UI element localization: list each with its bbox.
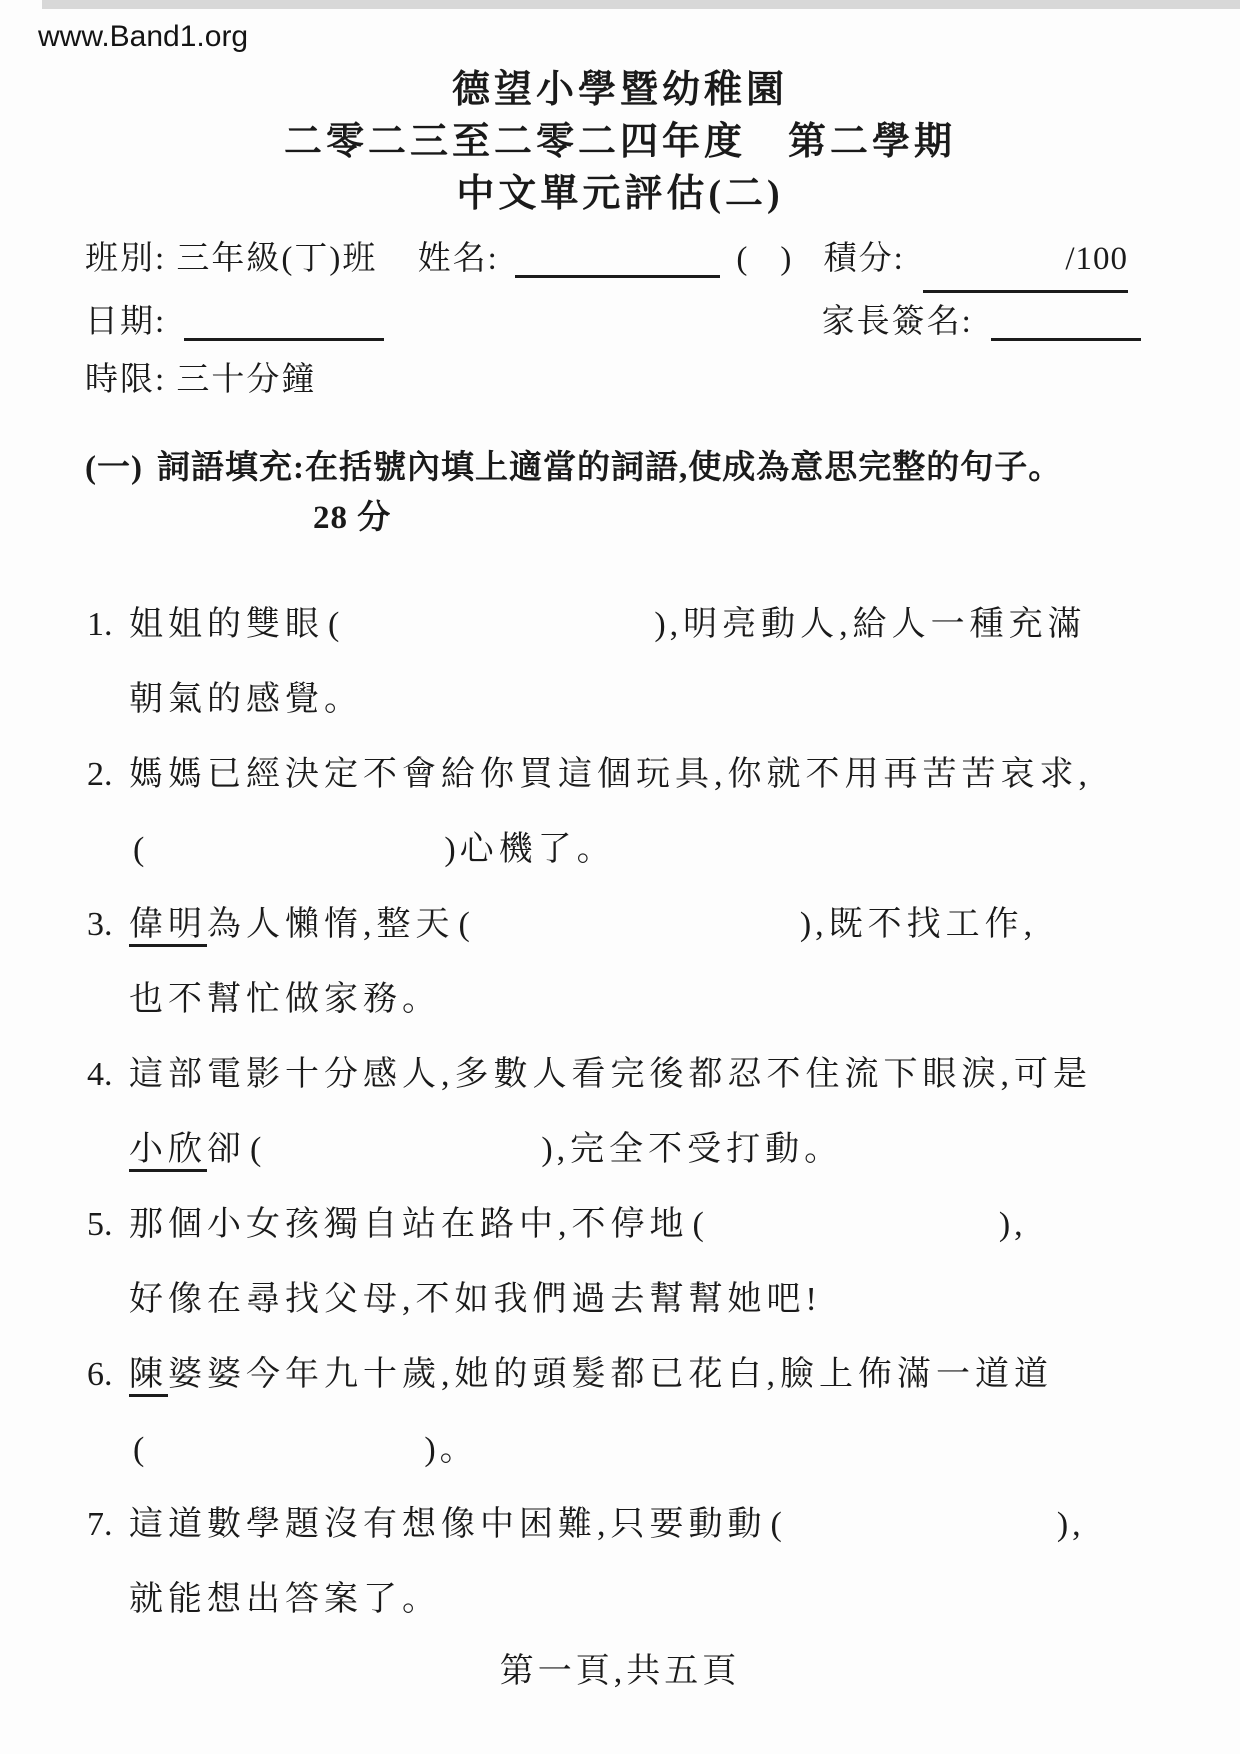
question-text: 也不幫忙做家務。	[129, 981, 441, 1018]
questions-list: 1.姐姐的雙眼(),明亮動人,給人一種充滿朝氣的感覺。2.媽媽已經決定不會給你買…	[0, 587, 1240, 1637]
parent-signature-blank	[991, 305, 1141, 341]
question-line: 5.那個小女孩獨自站在路中,不停地(),	[85, 1187, 1155, 1262]
question-line: 小欣卻(),完全不受打動。	[85, 1112, 1155, 1187]
year-term: 二零二三至二零二四年度 第二學期	[0, 116, 1240, 168]
question-line: 朝氣的感覺。	[85, 662, 1155, 737]
question-text: 婆婆今年九十歲,她的頭髮都已花白,臉上佈滿一道道	[168, 1356, 1053, 1393]
question-text: ,	[1014, 1206, 1028, 1243]
info-row-date-signature: 日期: 家長簽名:	[85, 293, 1155, 351]
question-text: ,明亮動人,給人一種充滿	[670, 606, 1087, 643]
underlined-name: 陳	[129, 1356, 168, 1397]
question-text: 朝氣的感覺。	[129, 681, 363, 718]
parenthesis-fill-blank: ()	[459, 906, 812, 943]
info-row-time-limit: 時限: 三十分鐘	[85, 351, 1155, 409]
question-text: 姐姐的雙眼	[129, 606, 324, 643]
question-number: 6.	[87, 1337, 113, 1412]
exam-paper-page: www.Band1.org 德望小學暨幼稚園 二零二三至二零二四年度 第二學期 …	[0, 0, 1240, 1754]
underlined-name: 偉明	[129, 906, 207, 947]
time-limit-value: 三十分鐘	[176, 362, 316, 398]
section-one-header: (一)詞語填充:在括號內填上適當的詞語,使成為意思完整的句子。 28 分	[0, 443, 1240, 543]
question-text: 。	[440, 1431, 479, 1468]
question-text: 這部電影十分感人,多數人看完後都忍不住流下眼淚,可是	[129, 1056, 1092, 1093]
info-row-class-name-score: 班別: 三年級(丁)班 姓名: ( ) 積分: /100	[85, 230, 1155, 293]
question-line: 就能想出答案了。	[85, 1562, 1155, 1637]
date-label: 日期:	[85, 304, 166, 340]
name-blank	[515, 242, 720, 278]
parent-signature-label: 家長簽名:	[822, 304, 973, 340]
question-text: ,	[1072, 1506, 1086, 1543]
question-text: 媽媽已經決定不會給你買這個玩具,你就不用再苦苦哀求,	[129, 756, 1092, 793]
question-number: 2.	[87, 737, 113, 812]
question-line: 6.陳婆婆今年九十歲,她的頭髮都已花白,臉上佈滿一道道	[85, 1337, 1155, 1412]
school-name: 德望小學暨幼稚園	[0, 64, 1240, 116]
question-item: 2.媽媽已經決定不會給你買這個玩具,你就不用再苦苦哀求,()心機了。	[85, 737, 1155, 887]
score-label: 積分:	[824, 241, 905, 277]
score-blank: /100	[923, 230, 1128, 293]
section-instruction-line: (一)詞語填充:在括號內填上適當的詞語,使成為意思完整的句子。	[85, 443, 1155, 493]
time-limit-label: 時限:	[85, 362, 166, 398]
parenthesis-fill-blank: ()	[771, 1506, 1069, 1543]
question-text: 就能想出答案了。	[129, 1581, 441, 1618]
class-label: 班別:	[85, 241, 166, 277]
underlined-name: 小欣	[129, 1131, 207, 1172]
question-number: 3.	[87, 887, 113, 962]
question-item: 4.這部電影十分感人,多數人看完後都忍不住流下眼淚,可是小欣卻(),完全不受打動…	[85, 1037, 1155, 1187]
parenthesis-fill-blank: ()	[133, 831, 456, 868]
parenthesis-fill-blank: ()	[133, 1431, 436, 1468]
question-text: 那個小女孩獨自站在路中,不停地	[129, 1206, 689, 1243]
page-footer: 第一頁,共五頁	[0, 1649, 1240, 1695]
question-text: ,完全不受打動。	[557, 1131, 844, 1168]
question-text: 好像在尋找父母,不如我們過去幫幫她吧!	[129, 1281, 822, 1318]
parenthesis-fill-blank: ()	[693, 1206, 1011, 1243]
question-text: 這道數學題沒有想像中困難,只要動動	[129, 1506, 767, 1543]
question-item: 7.這道數學題沒有想像中困難,只要動動(),就能想出答案了。	[85, 1487, 1155, 1637]
question-item: 6.陳婆婆今年九十歲,她的頭髮都已花白,臉上佈滿一道道()。	[85, 1337, 1155, 1487]
section-number: (一)	[85, 450, 143, 486]
question-line: 1.姐姐的雙眼(),明亮動人,給人一種充滿	[85, 587, 1155, 662]
question-number: 4.	[87, 1037, 113, 1112]
name-bracket: ( )	[736, 241, 791, 277]
question-line: ()心機了。	[85, 812, 1155, 887]
section-marks: 28 分	[85, 493, 1155, 543]
parent-signature-group: 家長簽名:	[822, 293, 1141, 351]
date-group: 日期:	[85, 293, 384, 351]
question-line: 4.這部電影十分感人,多數人看完後都忍不住流下眼淚,可是	[85, 1037, 1155, 1112]
question-item: 3.偉明為人懶惰,整天(),既不找工作,也不幫忙做家務。	[85, 887, 1155, 1037]
question-item: 5.那個小女孩獨自站在路中,不停地(),好像在尋找父母,不如我們過去幫幫她吧!	[85, 1187, 1155, 1337]
question-line: 3.偉明為人懶惰,整天(),既不找工作,	[85, 887, 1155, 962]
class-value: 三年級(丁)班	[176, 241, 377, 277]
question-text: ,既不找工作,	[815, 906, 1037, 943]
question-line: 也不幫忙做家務。	[85, 962, 1155, 1037]
question-text: 心機了。	[460, 831, 616, 868]
name-label: 姓名:	[418, 241, 499, 277]
paper-title: 中文單元評估(二)	[0, 168, 1240, 220]
question-number: 1.	[87, 587, 113, 662]
question-text: 為人懶惰,整天	[207, 906, 455, 943]
question-item: 1.姐姐的雙眼(),明亮動人,給人一種充滿朝氣的感覺。	[85, 587, 1155, 737]
section-title: 詞語填充:在括號內填上適當的詞語,使成為意思完整的句子。	[157, 450, 1062, 486]
question-number: 7.	[87, 1487, 113, 1562]
student-info-block: 班別: 三年級(丁)班 姓名: ( ) 積分: /100 日期: 家長簽名: 時…	[0, 230, 1240, 409]
question-line: 2.媽媽已經決定不會給你買這個玩具,你就不用再苦苦哀求,	[85, 737, 1155, 812]
question-number: 5.	[87, 1187, 113, 1262]
parenthesis-fill-blank: ()	[250, 1131, 553, 1168]
parenthesis-fill-blank: ()	[328, 606, 666, 643]
watermark: www.Band1.org	[38, 20, 248, 54]
question-text: 卻	[207, 1131, 246, 1168]
question-line: 7.這道數學題沒有想像中困難,只要動動(),	[85, 1487, 1155, 1562]
question-line: ()。	[85, 1412, 1155, 1487]
date-blank	[184, 305, 384, 341]
question-line: 好像在尋找父母,不如我們過去幫幫她吧!	[85, 1262, 1155, 1337]
scan-artifact-top-edge	[42, 0, 1240, 9]
